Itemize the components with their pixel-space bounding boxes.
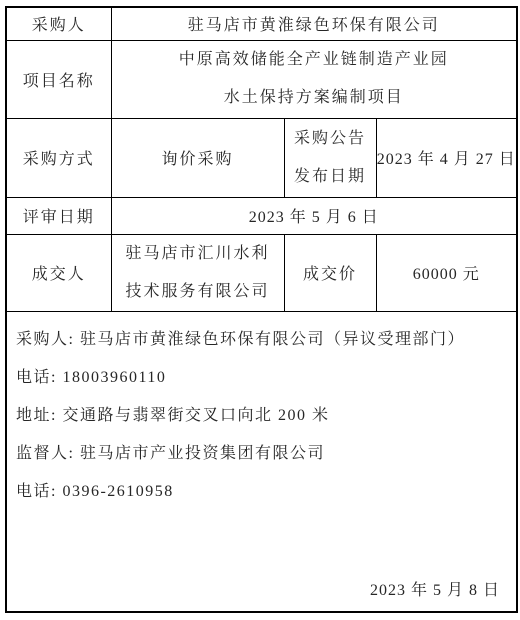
purchaser-value-cell: 驻马店市黄淮绿色环保有限公司 [111,7,517,40]
notice-date-value-cell: 2023 年 4 月 27 日 [376,118,517,197]
price-value-cell: 60000 元 [376,234,517,311]
contact-line-phone2: 电话: 0396-2610958 [16,473,506,511]
contact-line-address: 地址: 交通路与翡翠街交叉口向北 200 米 [16,397,506,435]
table-row-winner: 成交人 驻马店市汇川水利技术服务有限公司 成交价 60000 元 [6,234,517,311]
winner-value-cell: 驻马店市汇川水利技术服务有限公司 [111,234,284,311]
procurement-result-table: 采购人 驻马店市黄淮绿色环保有限公司 项目名称 中原高效储能全产业链制造产业园 … [5,6,518,613]
table-row-method: 采购方式 询价采购 采购公告 发布日期 2023 年 4 月 27 日 [6,118,517,197]
contact-info-cell: 采购人: 驻马店市黄淮绿色环保有限公司（异议受理部门） 电话: 18003960… [6,311,517,612]
contact-line-phone1: 电话: 18003960110 [16,359,506,397]
table-row-review-date: 评审日期 2023 年 5 月 6 日 [6,197,517,234]
method-value-cell: 询价采购 [111,118,284,197]
sign-date: 2023 年 5 月 8 日 [16,572,506,610]
method-label-cell: 采购方式 [6,118,111,197]
notice-date-label-line1: 采购公告 [285,120,376,158]
purchaser-label-cell: 采购人 [6,7,111,40]
contact-line-supervisor: 监督人: 驻马店市产业投资集团有限公司 [16,435,506,473]
notice-date-label-cell: 采购公告 发布日期 [284,118,376,197]
contact-line-purchaser: 采购人: 驻马店市黄淮绿色环保有限公司（异议受理部门） [16,321,506,359]
review-date-value-cell: 2023 年 5 月 6 日 [111,197,517,234]
procurement-result-document: 采购人 驻马店市黄淮绿色环保有限公司 项目名称 中原高效储能全产业链制造产业园 … [0,0,520,620]
project-name-line2: 水土保持方案编制项目 [112,79,517,117]
project-name-cell: 中原高效储能全产业链制造产业园 水土保持方案编制项目 [111,40,517,118]
project-name-line1: 中原高效储能全产业链制造产业园 [112,41,517,79]
table-row-purchaser: 采购人 驻马店市黄淮绿色环保有限公司 [6,7,517,40]
notice-date-label-line2: 发布日期 [285,158,376,196]
table-row-project-name: 项目名称 中原高效储能全产业链制造产业园 水土保持方案编制项目 [6,40,517,118]
project-label-cell: 项目名称 [6,40,111,118]
price-label-cell: 成交价 [284,234,376,311]
winner-label-cell: 成交人 [6,234,111,311]
review-date-label-cell: 评审日期 [6,197,111,234]
table-row-contact-info: 采购人: 驻马店市黄淮绿色环保有限公司（异议受理部门） 电话: 18003960… [6,311,517,612]
